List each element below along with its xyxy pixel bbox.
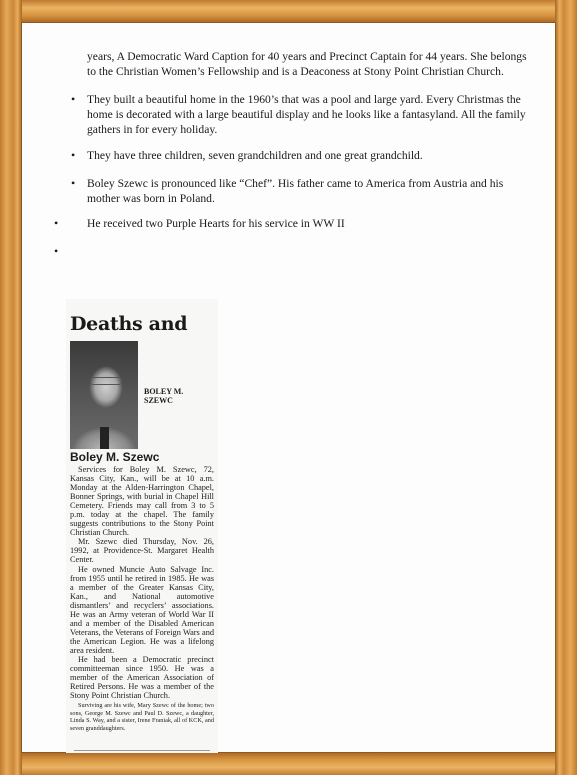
- obituary-name: Boley M. Szewc: [70, 450, 159, 464]
- bullet-icon: [71, 181, 77, 187]
- bullet-icon: [71, 97, 77, 103]
- frame-left-border: [0, 0, 22, 775]
- frame-bottom-border: [0, 753, 577, 775]
- obituary-paragraph: Services for Boley M. Szewc, 72, Kansas …: [70, 465, 214, 537]
- clipping-divider: [74, 750, 210, 751]
- bullet-item: They have three children, seven grandchi…: [87, 148, 527, 163]
- portrait-photo: [70, 341, 138, 449]
- obituary-clipping: Deaths and BOLEY M. SZEWC Boley M. Szewc…: [66, 299, 218, 753]
- obituary-text: Services for Boley M. Szewc, 72, Kansas …: [70, 465, 214, 733]
- obituary-paragraph: Mr. Szewc died Thursday, Nov. 26, 1992, …: [70, 537, 214, 564]
- frame-top-border: [0, 0, 577, 22]
- document-page: years, A Democratic Ward Caption for 40 …: [21, 22, 556, 753]
- clipping-headline: Deaths and: [70, 313, 187, 335]
- bullet-item: They built a beautiful home in the 1960’…: [87, 92, 527, 137]
- glasses-shape: [90, 377, 122, 385]
- intro-paragraph: years, A Democratic Ward Caption for 40 …: [87, 49, 527, 79]
- bullet-icon: [54, 249, 60, 255]
- bullet-item: He received two Purple Hearts for his se…: [87, 216, 527, 231]
- bullet-item: Boley Szewc is pronounced like “Chef”. H…: [87, 176, 527, 206]
- bullet-icon: [71, 153, 77, 159]
- frame-right-border: [555, 0, 577, 775]
- obituary-paragraph: He owned Muncie Auto Salvage Inc. from 1…: [70, 565, 214, 655]
- survivors-paragraph: Surviving are his wife, Mary Szewc of th…: [70, 702, 214, 732]
- tie-shape: [100, 427, 109, 449]
- bullet-icon: [54, 221, 60, 227]
- obituary-paragraph: He had been a Democratic precinct commit…: [70, 655, 214, 700]
- photo-caption: BOLEY M. SZEWC: [144, 387, 214, 405]
